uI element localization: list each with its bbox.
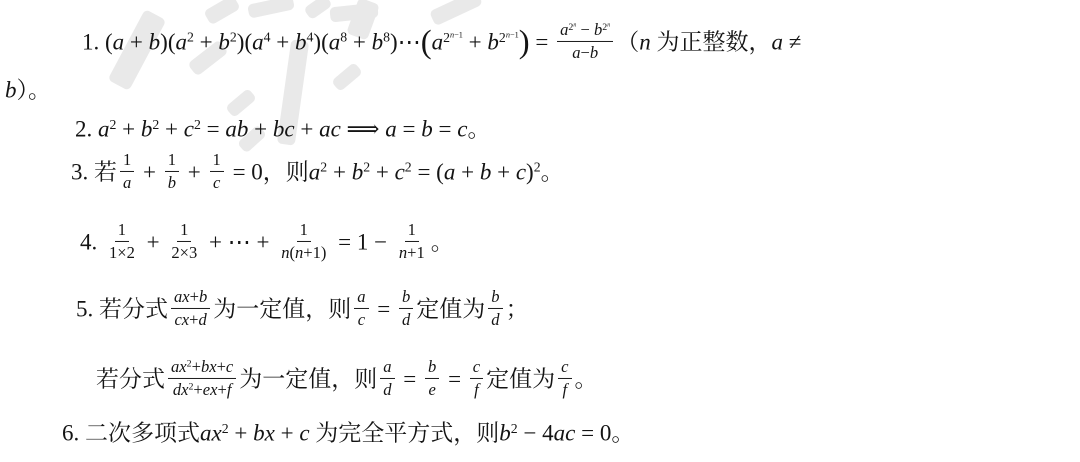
math-text: − (580, 43, 589, 62)
math-variable: c (457, 116, 467, 141)
math-variable: b (402, 287, 410, 306)
math-text: 为一定值，则 (213, 296, 351, 321)
fraction: 1n+1 (396, 220, 428, 262)
math-text: 8 (383, 30, 390, 45)
math-variable: ax (171, 357, 187, 376)
fraction: 12×3 (168, 220, 200, 262)
watermark-stroke (303, 0, 332, 20)
math-text: + (193, 380, 202, 399)
math-text: + (347, 29, 371, 54)
numerator: 1 (297, 220, 311, 242)
math-text: )( (237, 29, 252, 54)
math-variable: f (227, 380, 232, 399)
math-text: − (576, 20, 594, 39)
superscript: 2 (511, 421, 518, 436)
math-variable: c (561, 357, 568, 376)
numerator: a2n − b2n (557, 20, 613, 42)
formula-item-1-continuation: b）。 (5, 74, 51, 105)
denominator: c (355, 309, 368, 330)
numerator: 1 (165, 150, 179, 172)
math-variable: b (594, 20, 602, 39)
math-variable: f (563, 380, 568, 399)
math-text: + (455, 159, 479, 184)
superscript: 2 (194, 117, 201, 132)
math-text: + (327, 159, 351, 184)
math-text: + (248, 116, 272, 141)
math-text: +1 (407, 243, 425, 262)
math-variable: b (487, 29, 499, 54)
math-variable: d (383, 380, 391, 399)
math-variable: a (383, 357, 391, 376)
math-text: 为完全平方式，则 (310, 420, 500, 445)
math-variable: b (590, 43, 598, 62)
math-text: + (159, 116, 183, 141)
formula-item-3: 3. 若1a + 1b + 1c = 0，则a2 + b2 + c2 = (a … (71, 153, 564, 195)
math-variable: d (491, 310, 499, 329)
math-text: 。 (431, 229, 454, 254)
math-variable: b (480, 159, 492, 184)
fraction: ax2+bx+cdx2+ex+f (168, 357, 236, 399)
math-text: = (201, 116, 225, 141)
math-text: + (491, 159, 515, 184)
math-variable: ax (200, 420, 222, 445)
fraction: bd (399, 287, 413, 329)
numerator: a (380, 357, 394, 379)
math-variable: a (98, 116, 110, 141)
watermark-stroke (247, 0, 295, 19)
math-variable: a (771, 29, 783, 54)
big-paren: ( (421, 25, 432, 61)
math-text: = ( (412, 159, 444, 184)
math-text: 。 (467, 116, 490, 141)
math-variable: b (499, 420, 511, 445)
math-text: 2 (443, 30, 450, 45)
math-text: 2 (534, 160, 541, 175)
fraction: bd (488, 287, 502, 329)
math-text: ≠ (783, 29, 801, 54)
numerator: 1 (405, 220, 419, 242)
math-text: 6. 二次多项式 (62, 420, 200, 445)
math-text: ）。 (17, 77, 52, 102)
math-text: 2 (511, 421, 518, 436)
math-text: = (397, 116, 421, 141)
math-text: = 0，则 (227, 159, 309, 184)
math-variable: cx (174, 310, 189, 329)
math-text: = 1 − (332, 229, 392, 254)
superscript: 8 (383, 30, 390, 45)
math-text: 1 (213, 150, 221, 169)
math-variable: a (329, 29, 341, 54)
math-text: = (372, 296, 396, 321)
math-text: 2 (230, 30, 237, 45)
numerator: 1 (115, 220, 129, 242)
formula-item-4: 4. 11×2 + 12×3 + ⋯ + 1n(n+1) = 1 − 1n+1。 (80, 223, 454, 265)
denominator: d (380, 379, 394, 400)
numerator: b (399, 287, 413, 309)
math-text: 1 (168, 150, 176, 169)
fraction: be (425, 357, 439, 399)
denominator: n(n+1) (278, 242, 329, 263)
math-text: −1 (510, 30, 519, 39)
math-text: = 0。 (575, 420, 634, 445)
fraction: 11×2 (106, 220, 138, 262)
math-text: ⟹ (341, 116, 385, 141)
denominator: b (165, 172, 179, 193)
math-text: 2 (194, 117, 201, 132)
superscript: 2n−1 (499, 30, 519, 45)
formula-item-2: 2. a2 + b2 + c2 = ab + bc + ac ⟹ a = b =… (75, 113, 490, 144)
math-text: 。 (541, 159, 564, 184)
big-paren: ) (519, 25, 530, 61)
math-text: 1×2 (109, 243, 135, 262)
superscript: 2 (187, 30, 194, 45)
math-text: + (463, 29, 487, 54)
math-text: 1. ( (82, 29, 113, 54)
numerator: 1 (210, 150, 224, 172)
math-variable: a (444, 159, 456, 184)
math-variable: b (372, 29, 384, 54)
math-text: + ⋯ + (203, 229, 275, 254)
superscript: 2n (602, 22, 610, 33)
fraction: ad (380, 357, 394, 399)
math-variable: a (432, 29, 444, 54)
fraction: ac (354, 287, 368, 329)
math-text: −1 (454, 30, 463, 39)
math-text: ； (506, 296, 529, 321)
math-variable: e (428, 380, 435, 399)
math-variable: a (113, 29, 125, 54)
numerator: c (470, 357, 483, 379)
denominator: dx2+ex+f (170, 379, 235, 400)
math-variable: a (309, 159, 321, 184)
numerator: 1 (177, 220, 191, 242)
math-variable: c (184, 116, 194, 141)
math-text: = (398, 366, 422, 391)
math-variable: b (149, 29, 161, 54)
formula-item-5b: 若分式ax2+bx+cdx2+ex+f为一定值，则ad = be = cf定值为… (96, 360, 598, 402)
math-text: 2. (75, 116, 98, 141)
denominator: e (425, 379, 438, 400)
math-variable: c (226, 357, 233, 376)
math-text: = (433, 116, 457, 141)
math-text: + (189, 310, 198, 329)
denominator: d (399, 309, 413, 330)
formula-item-1: 1. (a + b)(a2 + b2)(a4 + b4)(a8 + b8)⋯(a… (82, 23, 801, 65)
math-variable: b (199, 287, 207, 306)
numerator: ax+b (171, 287, 210, 309)
math-text: + (217, 357, 226, 376)
watermark-stroke (329, 3, 378, 23)
math-text: 4 (264, 30, 271, 45)
math-variable: a (385, 116, 397, 141)
fraction: cf (470, 357, 483, 399)
math-text: )( (313, 29, 328, 54)
math-variable: ac (554, 420, 576, 445)
math-variable: a (357, 287, 365, 306)
math-text: + (370, 159, 394, 184)
math-variable: c (299, 420, 309, 445)
math-variable: ac (319, 116, 341, 141)
fraction: 1c (210, 150, 224, 192)
math-text: + (141, 229, 165, 254)
numerator: ax2+bx+c (168, 357, 236, 379)
math-variable: a (252, 29, 264, 54)
math-text: 定值为 (416, 296, 485, 321)
math-variable: b (218, 29, 230, 54)
math-text: 5. 若分式 (76, 296, 168, 321)
math-text: = (442, 366, 466, 391)
math-variable: ax (174, 287, 190, 306)
math-variable: f (474, 380, 479, 399)
math-variable: n (295, 243, 303, 262)
math-text: 1 (180, 220, 188, 239)
math-text: 2 (405, 160, 412, 175)
superscript: n (607, 22, 610, 28)
math-text: 为一定值，则 (239, 366, 377, 391)
math-variable: c (395, 159, 405, 184)
math-variable: c (516, 159, 526, 184)
math-variable: b (295, 29, 307, 54)
math-variable: b (491, 287, 499, 306)
math-text: 2 (499, 30, 506, 45)
math-text: +1) (303, 243, 326, 262)
math-text: + (137, 159, 161, 184)
superscript: 2 (405, 160, 412, 175)
math-variable: b (5, 77, 17, 102)
math-text: 2 (222, 421, 229, 436)
superscript: 2 (534, 160, 541, 175)
math-text: )( (160, 29, 175, 54)
math-text: = (530, 29, 554, 54)
math-variable: ex (203, 380, 218, 399)
numerator: 1 (120, 150, 134, 172)
superscript: 2 (222, 421, 229, 436)
math-variable: c (473, 357, 480, 376)
math-text: 1 (408, 220, 416, 239)
math-variable: b (168, 173, 176, 192)
math-variable: b (421, 116, 433, 141)
math-text: + (182, 159, 206, 184)
math-text: 为正整数， (651, 29, 772, 54)
denominator: 2×3 (168, 242, 200, 263)
math-variable: dx (173, 380, 189, 399)
numerator: b (488, 287, 502, 309)
denominator: a (120, 172, 134, 193)
math-text: + (194, 29, 218, 54)
denominator: c (210, 172, 223, 193)
math-text: 若分式 (96, 366, 165, 391)
math-text: − 4 (518, 420, 554, 445)
math-variable: c (358, 310, 365, 329)
math-text: 3. 若 (71, 159, 117, 184)
watermark-stroke (203, 0, 240, 25)
math-text: 2×3 (171, 243, 197, 262)
math-text: + (116, 116, 140, 141)
superscript: n−1 (506, 30, 519, 39)
math-variable: c (213, 173, 220, 192)
math-text: + (124, 29, 148, 54)
numerator: a (354, 287, 368, 309)
math-text: 定值为 (486, 366, 555, 391)
watermark-stroke (331, 62, 363, 92)
superscript: 2 (230, 30, 237, 45)
fraction: 1n(n+1) (278, 220, 329, 262)
denominator: 1×2 (106, 242, 138, 263)
math-text: 。 (575, 366, 598, 391)
superscript: 4 (264, 30, 271, 45)
superscript: n−1 (450, 30, 463, 39)
denominator: cx+d (171, 309, 209, 330)
denominator: a−b (569, 42, 601, 63)
fraction: ax+bcx+d (171, 287, 210, 329)
math-variable: n (639, 29, 651, 54)
denominator: f (471, 379, 482, 400)
math-variable: bx (253, 420, 275, 445)
fraction: a2n − b2na−b (557, 20, 613, 62)
denominator: n+1 (396, 242, 428, 263)
math-variable: bx (201, 357, 217, 376)
denominator: d (488, 309, 502, 330)
math-text: + (190, 287, 199, 306)
fraction: cf (558, 357, 571, 399)
math-text: + (295, 116, 319, 141)
formula-item-6: 6. 二次多项式ax2 + bx + c 为完全平方式，则b2 − 4ac = … (62, 417, 634, 448)
math-text: + (275, 420, 299, 445)
math-variable: b (141, 116, 153, 141)
math-variable: a (175, 29, 187, 54)
math-text: + (192, 357, 201, 376)
math-text: + (229, 420, 253, 445)
math-variable: b (352, 159, 364, 184)
math-text: 1 (118, 220, 126, 239)
math-variable: a (123, 173, 131, 192)
math-text: + (271, 29, 295, 54)
math-text: 1 (300, 220, 308, 239)
superscript: 2n−1 (443, 30, 463, 45)
math-text: ) (526, 159, 534, 184)
numerator: c (558, 357, 571, 379)
math-text: 1 (123, 150, 131, 169)
denominator: f (560, 379, 571, 400)
math-text: 4. (80, 229, 103, 254)
math-text: （ (616, 29, 639, 54)
formula-item-5a: 5. 若分式ax+bcx+d为一定值，则ac = bd定值为bd； (76, 290, 529, 332)
math-text: )⋯ (390, 29, 421, 54)
fraction: 1b (165, 150, 179, 192)
math-text: + (217, 380, 226, 399)
math-text: 2 (187, 30, 194, 45)
math-variable: bc (273, 116, 295, 141)
math-variable: d (199, 310, 207, 329)
math-variable: b (428, 357, 436, 376)
math-variable: d (402, 310, 410, 329)
fraction: 1a (120, 150, 134, 192)
numerator: b (425, 357, 439, 379)
math-variable: ab (225, 116, 248, 141)
math-variable: n (607, 22, 610, 28)
